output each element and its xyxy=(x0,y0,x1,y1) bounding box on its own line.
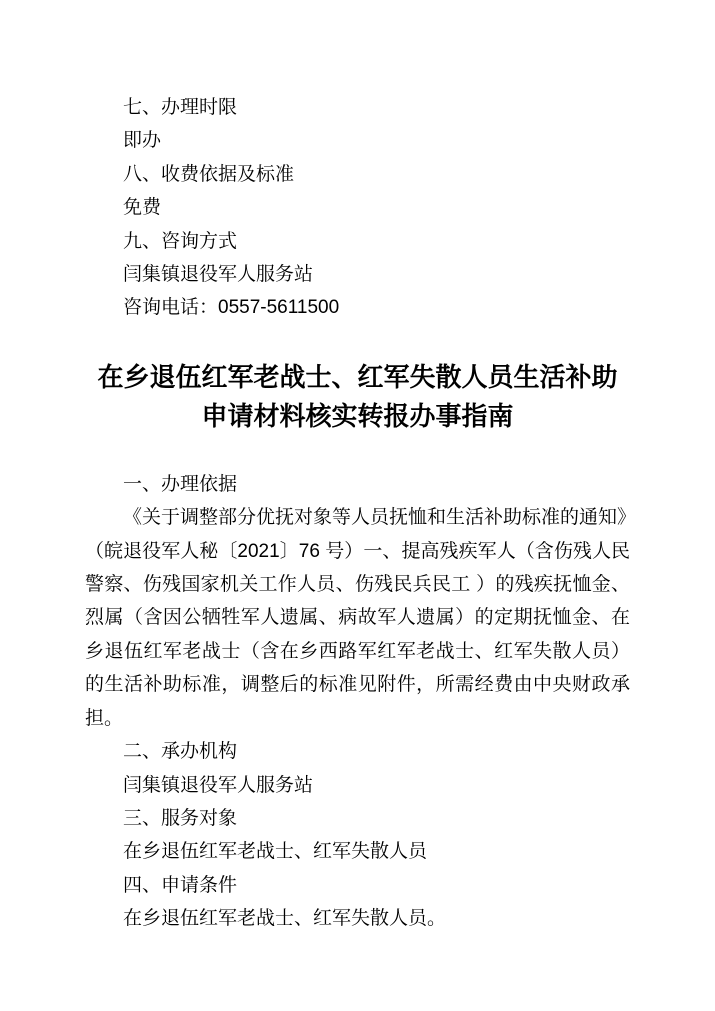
section-heading-service-target: 三、服务对象 xyxy=(85,802,630,835)
prelude-value-service-station: 闫集镇退役军人服务站 xyxy=(85,258,630,291)
agency-name: 闫集镇退役军人服务站 xyxy=(85,769,630,802)
prelude-heading-fee-basis: 八、收费依据及标准 xyxy=(85,158,630,191)
basis-paragraph-line: 《关于调整部分优抚对象等人员抚恤和生活补助标准的通知》 xyxy=(85,501,630,534)
basis-paragraph-line: 警察、伤残国家机关工作人员、伤残民兵民工 ）的残疾抚恤金、 xyxy=(85,568,630,601)
prelude-value-phone-number: 咨询电话：0557-5611500 xyxy=(85,291,630,324)
document-title-line-1: 在乡退伍红军老战士、红军失散人员生活补助 xyxy=(85,358,630,397)
application-condition-value: 在乡退伍红军老战士、红军失散人员。 xyxy=(85,902,630,935)
basis-paragraph-line: 的生活补助标准，调整后的标准见附件，所需经费由中央财政承 xyxy=(85,668,630,701)
service-target-value: 在乡退伍红军老战士、红军失散人员 xyxy=(85,835,630,868)
section-heading-basis: 一、办理依据 xyxy=(85,468,630,501)
basis-paragraph-line: 烈属（含因公牺牲军人遗属、病故军人遗属）的定期抚恤金、在 xyxy=(85,601,630,634)
prelude-value-fee: 免费 xyxy=(85,191,630,224)
section-heading-application-condition: 四、申请条件 xyxy=(85,869,630,902)
document-title-line-2: 申请材料核实转报办事指南 xyxy=(85,397,630,436)
prelude-heading-processing-time: 七、办理时限 xyxy=(85,91,630,124)
prelude-heading-consultation: 九、咨询方式 xyxy=(85,225,630,258)
basis-paragraph-line: （皖退役军人秘〔2021〕76 号）一、提高残疾军人（含伤残人民 xyxy=(85,535,630,568)
section-heading-agency: 二、承办机构 xyxy=(85,735,630,768)
prelude-value-processing-time: 即办 xyxy=(85,124,630,157)
basis-paragraph-line: 担。 xyxy=(85,702,630,735)
document-page: 七、办理时限 即办 八、收费依据及标准 免费 九、咨询方式 闫集镇退役军人服务站… xyxy=(0,0,715,1011)
document-title: 在乡退伍红军老战士、红军失散人员生活补助 申请材料核实转报办事指南 xyxy=(85,358,630,436)
basis-paragraph-line: 乡退伍红军老战士（含在乡西路军红军老战士、红军失散人员） xyxy=(85,635,630,668)
